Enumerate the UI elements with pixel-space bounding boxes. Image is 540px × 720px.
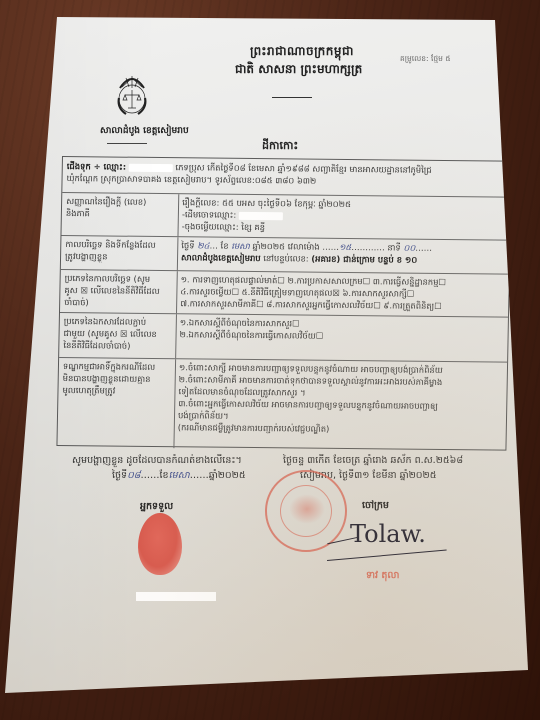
row-label: មិនបានបង្ហាញខ្លួនដោយគ្មាន [63,372,171,385]
day-prefix: ថ្ងៃទី [181,240,194,250]
summoned-label: ជើងទុក ÷ ឈ្មោះ: [67,161,127,172]
court-emblem-icon [112,70,152,118]
attachment-option: ២.ឯកសារស្តីពីចំណុចនៃការធ្វើកោសលវិច័យ☐ [179,328,501,343]
row-label: ចាំបាច់) [64,296,172,309]
kingdom-title: ព្រះរាជាណាចក្រកម្ពុជា [250,44,354,60]
row-label: នៃនីតិវិធីដែលចាំបាច់) [63,339,171,352]
row-label: មូលហេតុត្រឹមត្រូវ [62,384,170,397]
location-room-label: នៅបន្ទប់លេខ: [263,253,309,263]
month-prefix: ខែ [221,241,229,251]
appearance-instruction: សូមបង្ហាញខ្លួន ដូចដែលបានកំណត់ខាងលើនេះ។ [72,455,242,467]
row-label: និងភាគី [66,207,174,220]
penalties-row: ទណ្ឌកម្មជាអាទិ៍ក្នុងករណីដែល មិនបានបង្ហាញ… [57,357,507,452]
hearing-option-line: ៧.ការសាកសួរសាមីភាគី☐ ៨.ការសាកសួរអ្នកធ្វើ… [180,297,502,312]
judge-signature: Tolaw. [350,520,426,548]
row-label: ប្រភេទនៃកាលបរិច្ឆេទ (សូម [65,272,173,285]
receipt-month-prefix: ខែ [160,470,169,481]
plaintiff-label: -ដើមចោទឈ្មោះ: [182,209,237,220]
defendant: -ចុងចម្លើយឈ្មោះ: ខ្សៃ គន្ធី [182,220,504,235]
redacted-name [129,163,173,171]
court-seal-stamp [265,470,347,552]
case-reference-row: សញ្ញាណនៃរឿងក្តី (លេខ) និងភាគី រឿងក្តីលេខ… [61,192,510,240]
row-label: ត្រូវបង្ហាញខ្លួន [65,250,173,263]
receipt-date: ថ្ងៃទី០៨……ខែមេសា……ឆ្នាំ២០២៥ [112,470,246,482]
year-text: ឆ្នាំ២០២៥ វេលាម៉ោង [252,241,319,252]
handwritten-day: ២៤ [197,240,209,250]
national-motto: ជាតិ សាសនា ព្រះមហាក្សត្រ [235,62,362,78]
court-name: សាលាដំបូង ខេត្តសៀមរាប [100,126,189,138]
court-divider [107,143,147,144]
judge-label: ចៅក្រម [362,500,389,512]
handwritten-hour: ១៥ [339,242,351,252]
handwritten-receipt-day: ០៨ [127,470,140,481]
penalty-line: (ករណីមានជម្ងឺត្រូវមានការបញ្ជាក់របស់វេជ្ជ… [178,421,500,436]
handwritten-month: មេសា [231,241,250,251]
receipt-year: ឆ្នាំ២០២៥ [209,470,246,481]
receiver-label: អ្នកទទួល [140,501,173,513]
receipt-day-prefix: ថ្ងៃទី [112,470,127,481]
seal-emblem [289,494,325,524]
signature-underline [327,550,447,562]
document-title: ដីកាកោះ [262,139,298,153]
row-label: សញ្ញាណនៃរឿងក្តី (លេខ) [66,195,174,208]
summons-document: ព្រះរាជាណាចក្រកម្ពុជា ជាតិ សាសនា ព្រះមហា… [0,0,540,720]
location-court: សាលាដំបូងខេត្តសៀមរាប [181,252,261,263]
attached-documents-row: ប្រភេទនៃឯកសារដែលភ្ជាប់ ជាមួយ (សូមគូស ☒ ល… [59,312,508,362]
summons-table: ជើងទុក ÷ ឈ្មោះ: ភេទប្រុស កើតថ្ងៃទី០៨ ខែម… [56,156,512,451]
row-label: គូស ☒ លើលេខនៃនីតិវិធីដែល [64,284,172,297]
redacted-receiver-name [136,592,216,601]
header-divider [272,97,312,98]
handwritten-minute: ០០ [403,243,415,253]
row-label: កាលបរិច្ឆេទ និងទីកន្លែងដែល [65,238,173,251]
appearance-datetime-row: កាលបរិច្ឆេទ និងទីកន្លែងដែល ត្រូវបង្ហាញខ្… [61,235,510,274]
location-room: (អគារខ) ជាន់ក្រោម បន្ទប់ ខ ១០ [311,254,417,265]
minute-prefix: នាទី [387,242,400,252]
summoned-person-row: ជើងទុក ÷ ឈ្មោះ: ភេទប្រុស កើតថ្ងៃទី០៨ ខែម… [62,157,511,197]
judge-name-stamp: ទាវ តុលា [366,570,399,582]
lunar-date: ថ្ងៃចន្ទ ៣កើត ខែចេត្រ ឆ្នាំរោង ឆស័ក ព.ស.… [283,455,463,467]
row-label: ប្រភេទនៃឯកសារដែលភ្ជាប់ [64,315,172,328]
row-label: ជាមួយ (សូមគូស ☒ លើលេខ [63,327,171,340]
handwritten-receipt-month: មេសា [169,470,190,481]
hearing-type-row: ប្រភេទនៃកាលបរិច្ឆេទ (សូម គូស ☒ លើលេខនៃនី… [60,269,509,317]
row-label: ទណ្ឌកម្មជាអាទិ៍ក្នុងករណីដែល [63,360,171,373]
thumbprint-mark [138,513,182,575]
form-number: គម្រូលេខ: ថ្មែម ៥ [400,54,451,65]
redacted-plaintiff [239,211,283,219]
